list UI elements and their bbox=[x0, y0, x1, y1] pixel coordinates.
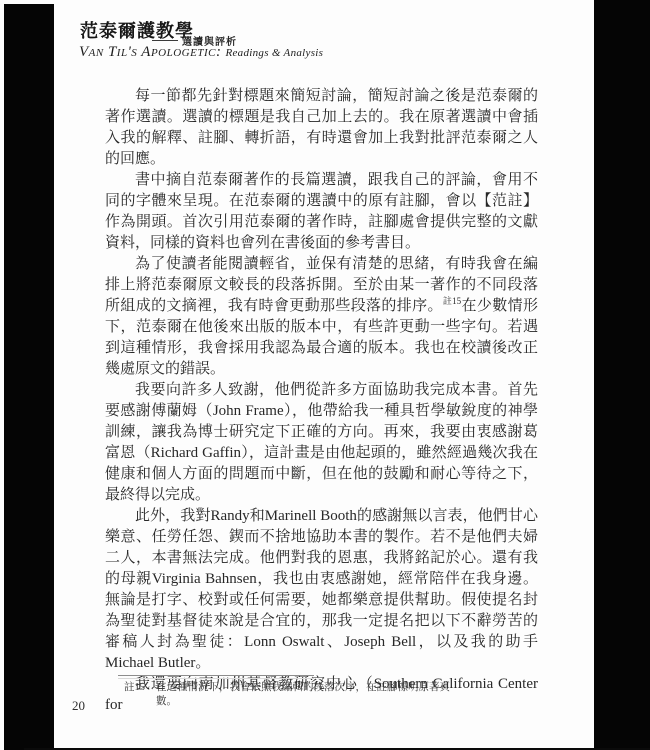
paragraph-4: 我要向許多人致謝，他們從許多方面協助我完成本書。首先要感謝傅蘭姆（John Fr… bbox=[105, 380, 538, 506]
body-text-column: 每一節都先針對標題來簡短討論，簡短討論之後是范泰爾的著作選讀。選讀的標題是我自己… bbox=[105, 86, 538, 716]
subtitle-dash-rule bbox=[152, 40, 178, 41]
paragraph-2: 書中摘自范泰爾著作的長篇選讀，跟我自己的評論，會用不同的字體來呈現。在范泰爾的選… bbox=[105, 170, 538, 254]
book-title-english: Van Til's Apologetic: Readings & Analysi… bbox=[79, 43, 323, 61]
scan-black-bar-left bbox=[4, 4, 54, 750]
paragraph-3: 為了使讀者能閱讀輕省，並保有清楚的思緒，有時我會在編排上將范泰爾原文較長的段落拆… bbox=[105, 254, 538, 380]
footnote-text: 在這種情況下，我會依照我編輯的段落次序，在註腳標明原著頁數。 bbox=[156, 681, 464, 709]
page-number: 20 bbox=[72, 698, 85, 714]
footnote: 註15 在這種情況下，我會依照我編輯的段落次序，在註腳標明原著頁數。 bbox=[124, 681, 464, 709]
book-page-scan: 范泰爾護教學 選讀與評析 Van Til's Apologetic: Readi… bbox=[0, 0, 650, 750]
footnote-reference-marker: 註15 bbox=[443, 296, 461, 306]
book-title-english-sub: Readings & Analysis bbox=[225, 47, 323, 59]
footnote-label: 註15 bbox=[124, 681, 145, 709]
book-title-english-main: Van Til's Apologetic: bbox=[79, 44, 221, 60]
scan-black-bar-right bbox=[594, 0, 650, 750]
paragraph-5: 此外，我對Randy和Marinell Booth的感謝無以言表，他們甘心樂意、… bbox=[105, 506, 538, 674]
paragraph-1: 每一節都先針對標題來簡短討論，簡短討論之後是范泰爾的著作選讀。選讀的標題是我自己… bbox=[105, 86, 538, 170]
footnote-separator-rule bbox=[118, 675, 314, 679]
